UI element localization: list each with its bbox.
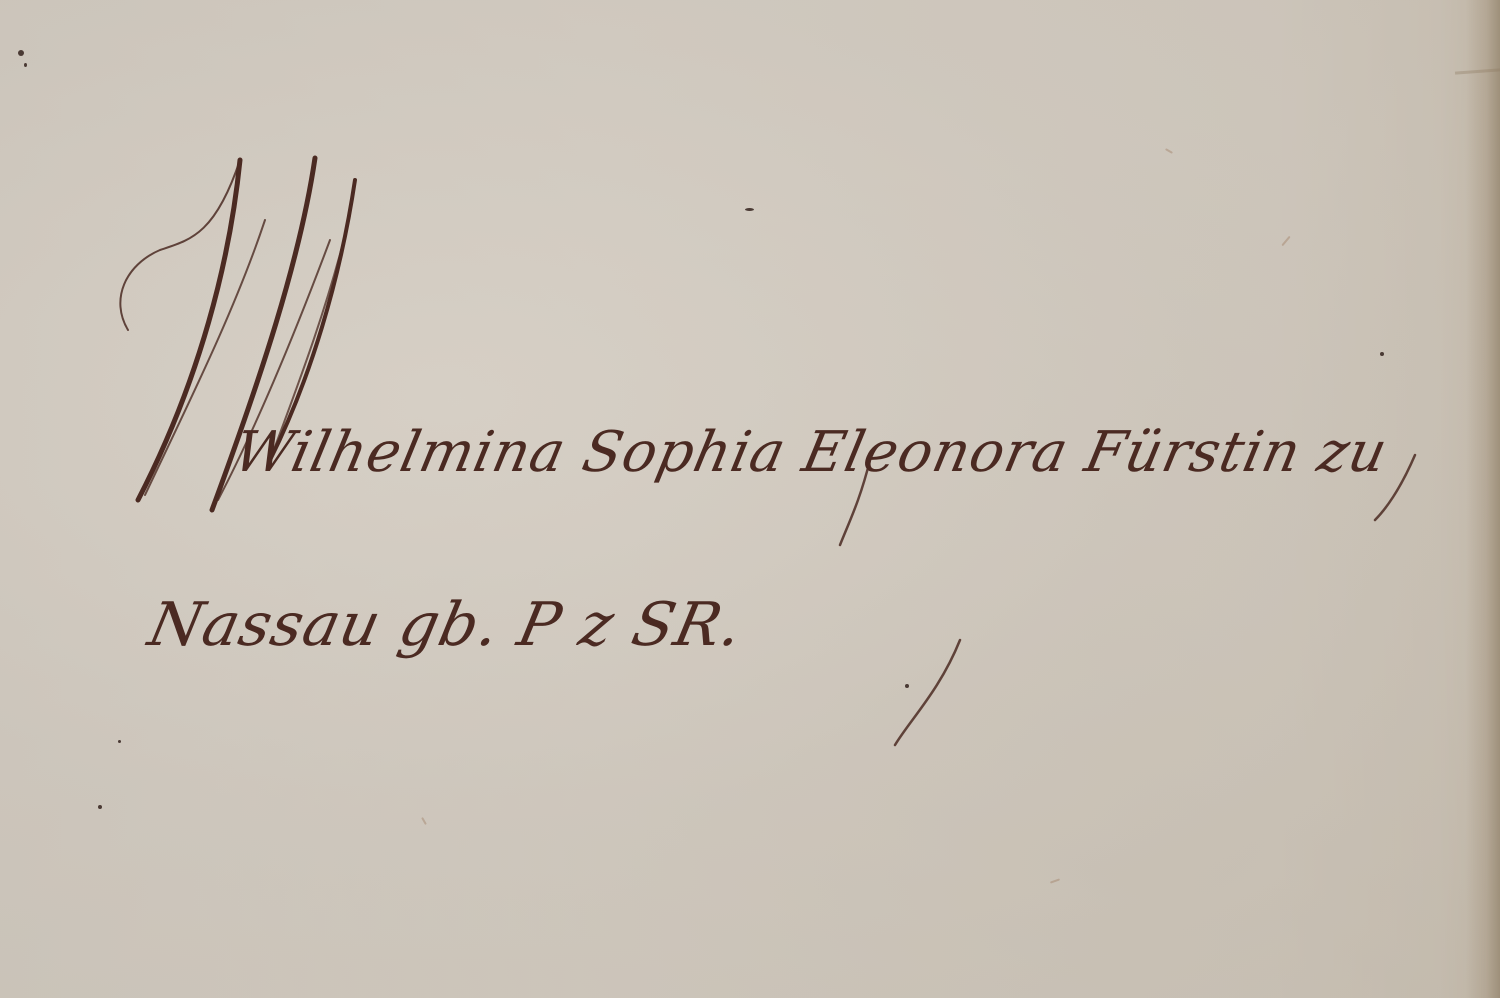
inscription-line-1: Wilhelmina Sophia Eleonora Fürstin zu xyxy=(228,420,1393,485)
capital-w-flourish xyxy=(0,0,1500,998)
document-page: Wilhelmina Sophia Eleonora Fürstin zu Na… xyxy=(0,0,1500,998)
inscription-line-2: Nassau gb. P z SR. xyxy=(143,590,750,660)
